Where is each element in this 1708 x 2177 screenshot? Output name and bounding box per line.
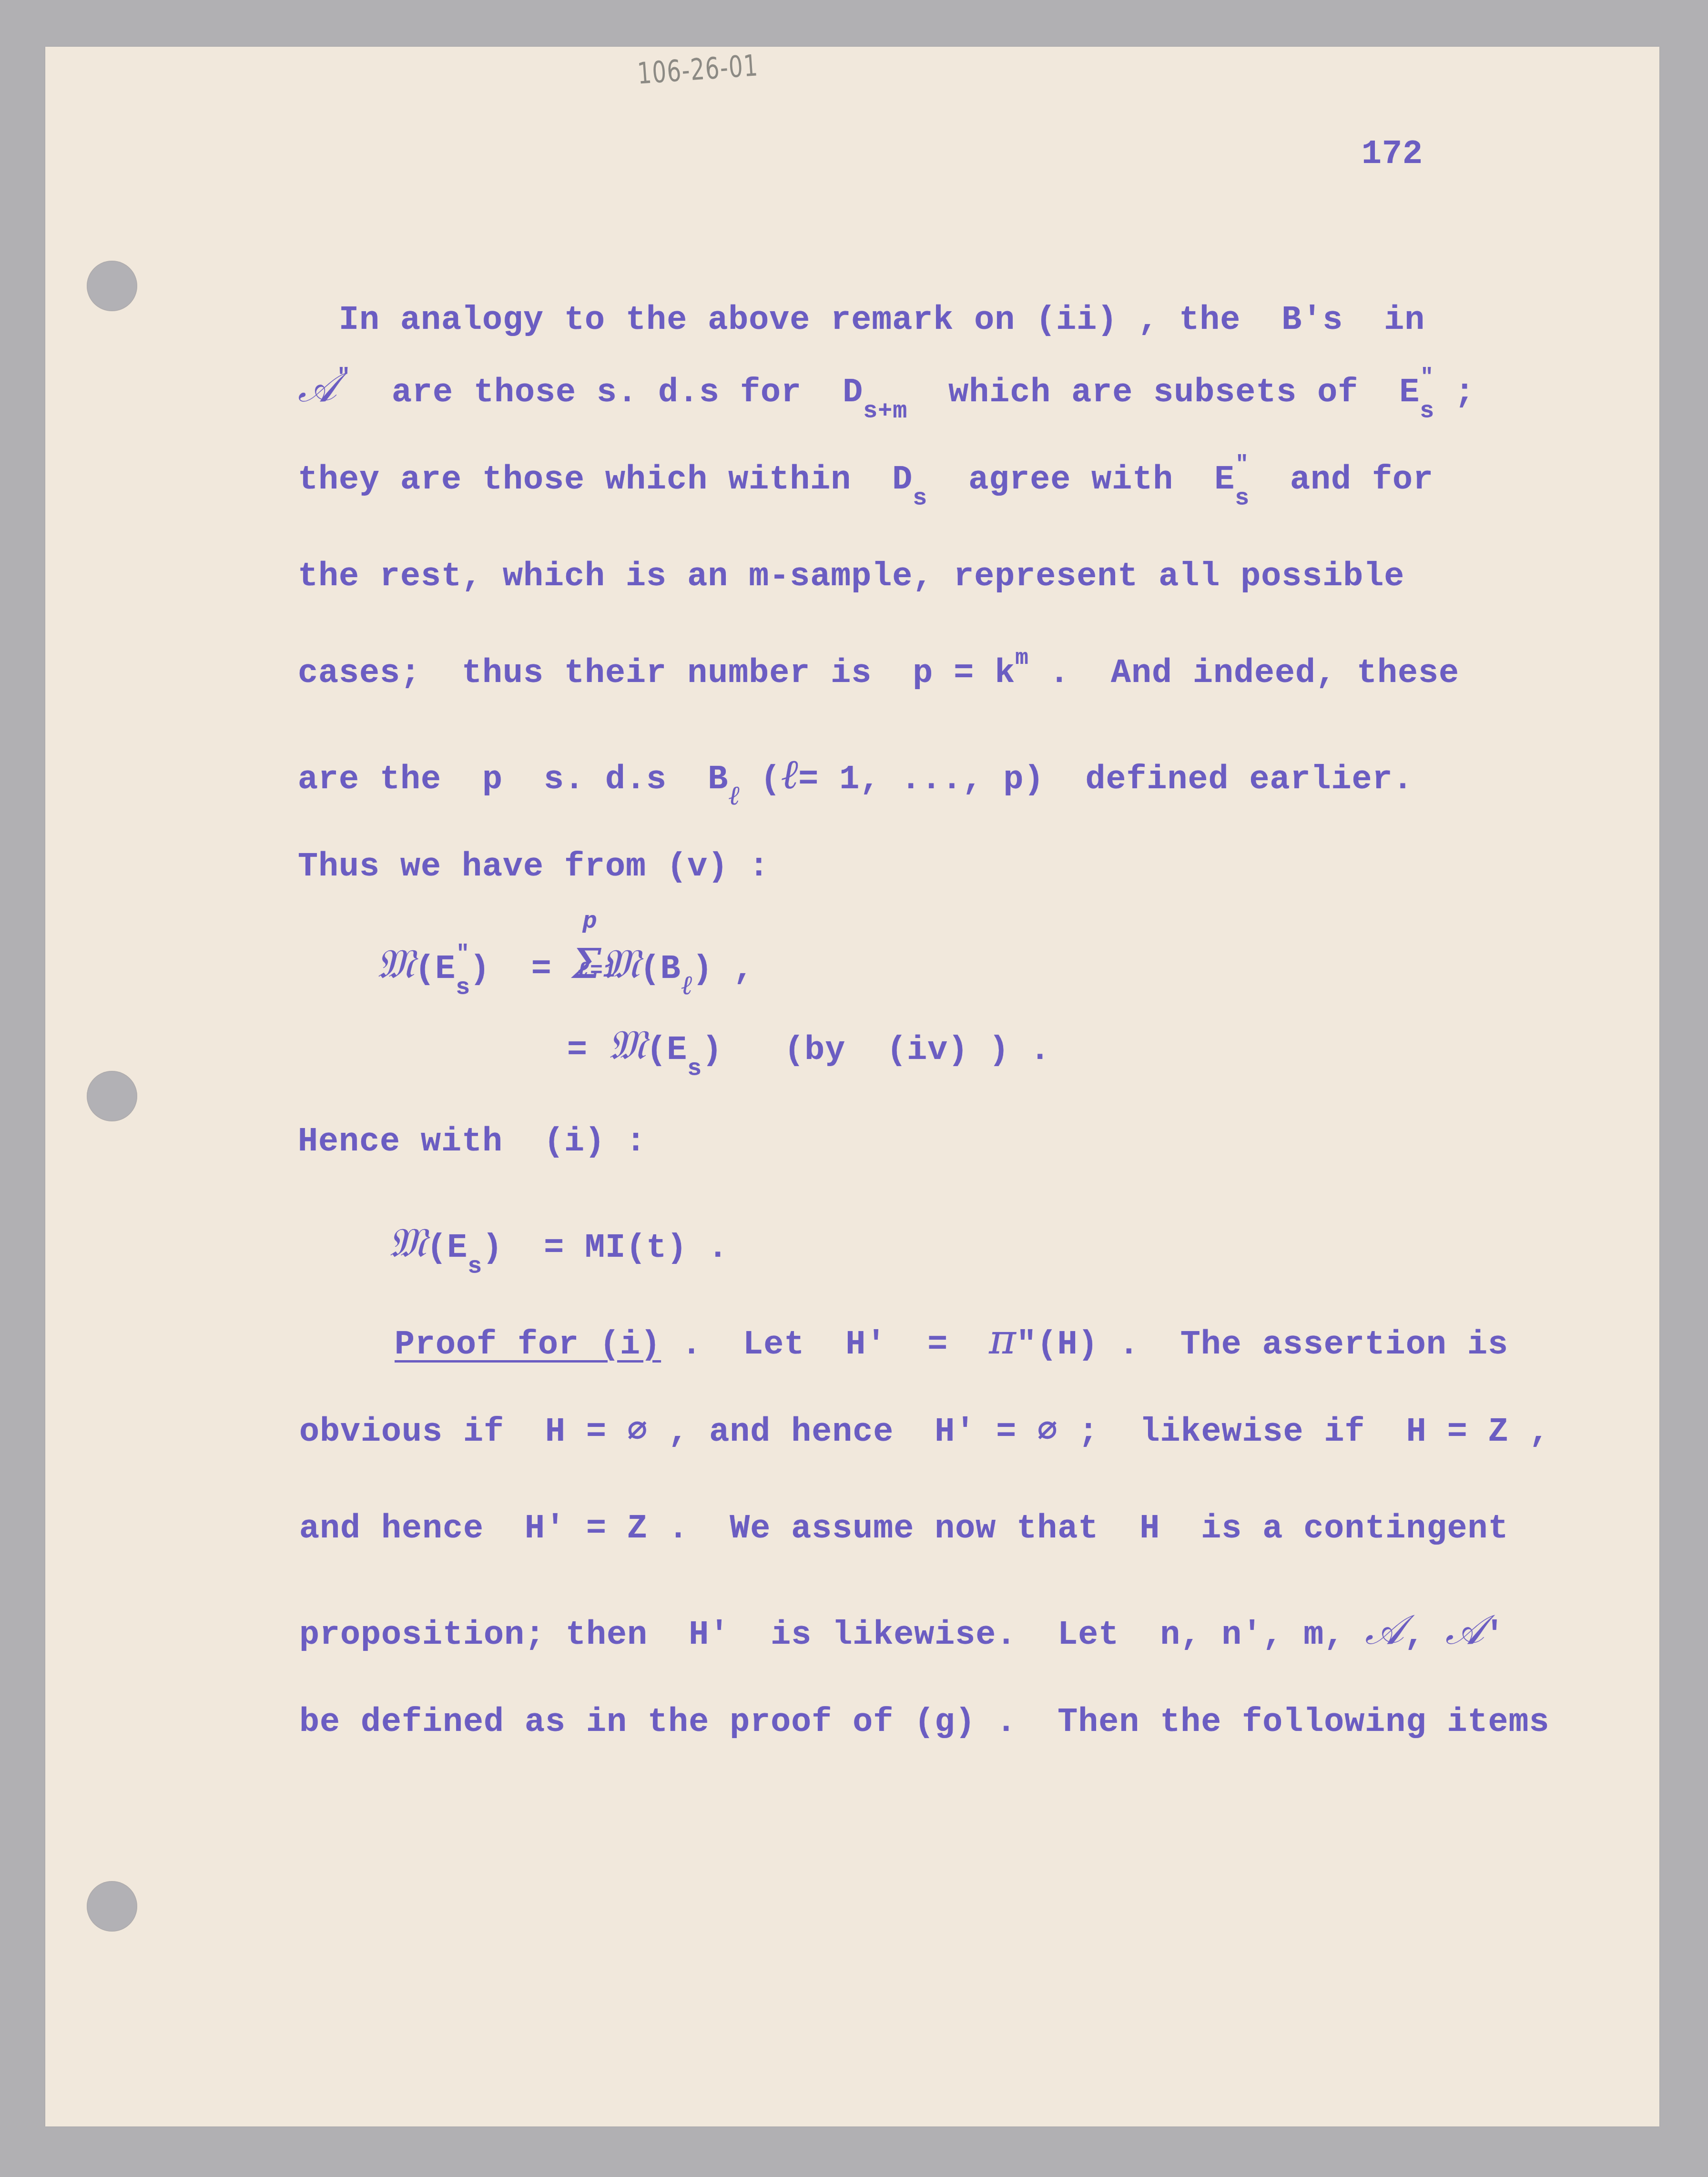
text-segment: proposition; then H' is likewise. Let n,… [299, 1617, 1365, 1654]
text-line: are the p s. d.s Bℓ (ℓ= 1, ..., p) defin… [298, 754, 1413, 797]
text-line: obvious if H = ∅ , and hence H' = ∅ ; li… [299, 1416, 1550, 1449]
text-segment: ) (by (iv) ) . [702, 1032, 1050, 1069]
text-line: Proof for (i) . Let H' = π"(H) . The ass… [395, 1319, 1508, 1362]
double-prime: " [337, 365, 351, 390]
script-m-symbol: 𝔐 [376, 940, 415, 988]
double-prime: " [1420, 365, 1434, 390]
text-line: and hence H' = Z . We assume now that H … [299, 1513, 1508, 1546]
text-segment: the rest, which is an m-sample, represen… [298, 558, 1404, 596]
subscript: s [1235, 485, 1250, 512]
sum-lower-limit: ℓ=1 [577, 961, 616, 982]
text-segment: agree with E [927, 461, 1235, 499]
text-segment: In analogy to the above remark on (ii) ,… [339, 302, 1425, 339]
page-number: 172 [1362, 138, 1423, 172]
text-segment: (B [640, 951, 681, 988]
text-line: 𝒜" are those s. d.s for Ds+m which are s… [298, 367, 1475, 410]
double-prime: " [1235, 452, 1249, 477]
text-segment: "(H) . The assertion is [1017, 1326, 1508, 1364]
text-line: Thus we have from (v) : [298, 851, 769, 884]
subscript: s+m [863, 398, 907, 425]
script-a-symbol: 𝒜 [1365, 1606, 1404, 1654]
text-line: they are those which within Ds agree wit… [298, 464, 1433, 497]
subscript: ℓ [728, 780, 740, 811]
punch-hole [87, 1881, 137, 1932]
superscript: m [1015, 646, 1029, 671]
script-a-symbol: 𝒜 [298, 364, 337, 411]
paper-sheet [45, 47, 1659, 2126]
text-segment: ) = [470, 951, 572, 988]
equation: 𝔐(Es) = MI(t) . [388, 1222, 728, 1265]
subscript: s [468, 1253, 482, 1281]
text-segment: (E [427, 1230, 468, 1267]
script-m-symbol: 𝔐 [388, 1219, 427, 1267]
text-segment: (E [646, 1032, 687, 1069]
equation: = 𝔐(Es) (by (iv) ) . [567, 1025, 1050, 1068]
text-line: Hence with (i) : [298, 1126, 646, 1159]
sum-upper-limit: p [583, 910, 598, 934]
punch-hole [87, 261, 137, 311]
text-segment: = 1, ..., p) defined earlier. [798, 761, 1413, 799]
text-segment: ) , [692, 951, 754, 988]
subscript: s [1420, 398, 1434, 425]
text-segment: Hence with (i) : [298, 1123, 646, 1161]
text-segment: which are subsets of E [907, 374, 1420, 412]
summation-symbol: Σpℓ=1 [572, 944, 602, 985]
subscript: s [913, 485, 927, 512]
subscript: ℓ [681, 970, 692, 1001]
text-segment: . And indeed, these [1029, 655, 1459, 692]
punch-hole [87, 1071, 137, 1121]
script-m-symbol: 𝔐 [608, 1021, 646, 1069]
double-prime: " [456, 942, 470, 966]
text-segment: , [1404, 1617, 1445, 1654]
text-segment: and for [1249, 461, 1433, 499]
proof-heading: Proof for (i) [395, 1326, 661, 1364]
text-segment: ; [1434, 374, 1475, 412]
text-segment: cases; thus their number is p = k [298, 655, 1015, 692]
subscript: s [687, 1056, 702, 1083]
text-line: proposition; then H' is likewise. Let n,… [299, 1609, 1505, 1652]
text-line: cases; thus their number is p = km . And… [298, 657, 1459, 691]
script-l-symbol: ℓ [781, 751, 799, 798]
subscript: s [456, 975, 470, 1002]
text-line: In analogy to the above remark on (ii) ,… [298, 271, 1425, 337]
text-segment: ( [740, 761, 781, 799]
equation: 𝔐(Es") = Σpℓ=1𝔐(Bℓ) , [376, 944, 754, 987]
text-segment: are the p s. d.s B [298, 761, 728, 799]
text-segment: Thus we have from (v) : [298, 848, 769, 886]
script-a-symbol: 𝒜 [1445, 1606, 1484, 1654]
text-segment: be defined as in the proof of (g) . Then… [299, 1704, 1549, 1741]
text-segment: ) = MI(t) . [482, 1230, 728, 1267]
text-segment: and hence H' = Z . We assume now that H … [299, 1510, 1508, 1548]
text-segment: are those s. d.s for D [351, 374, 863, 412]
text-segment: obvious if H = ∅ , and hence H' = ∅ ; li… [299, 1414, 1550, 1451]
text-line: the rest, which is an m-sample, represen… [298, 560, 1404, 594]
prime: ' [1484, 1617, 1505, 1654]
text-line: be defined as in the proof of (g) . Then… [299, 1706, 1549, 1740]
text-segment: they are those which within D [298, 461, 913, 499]
text-segment: = [567, 1032, 608, 1069]
pi-symbol: π [989, 1316, 1017, 1363]
text-segment: (E [415, 951, 456, 988]
text-segment: . Let H' = [661, 1326, 989, 1364]
